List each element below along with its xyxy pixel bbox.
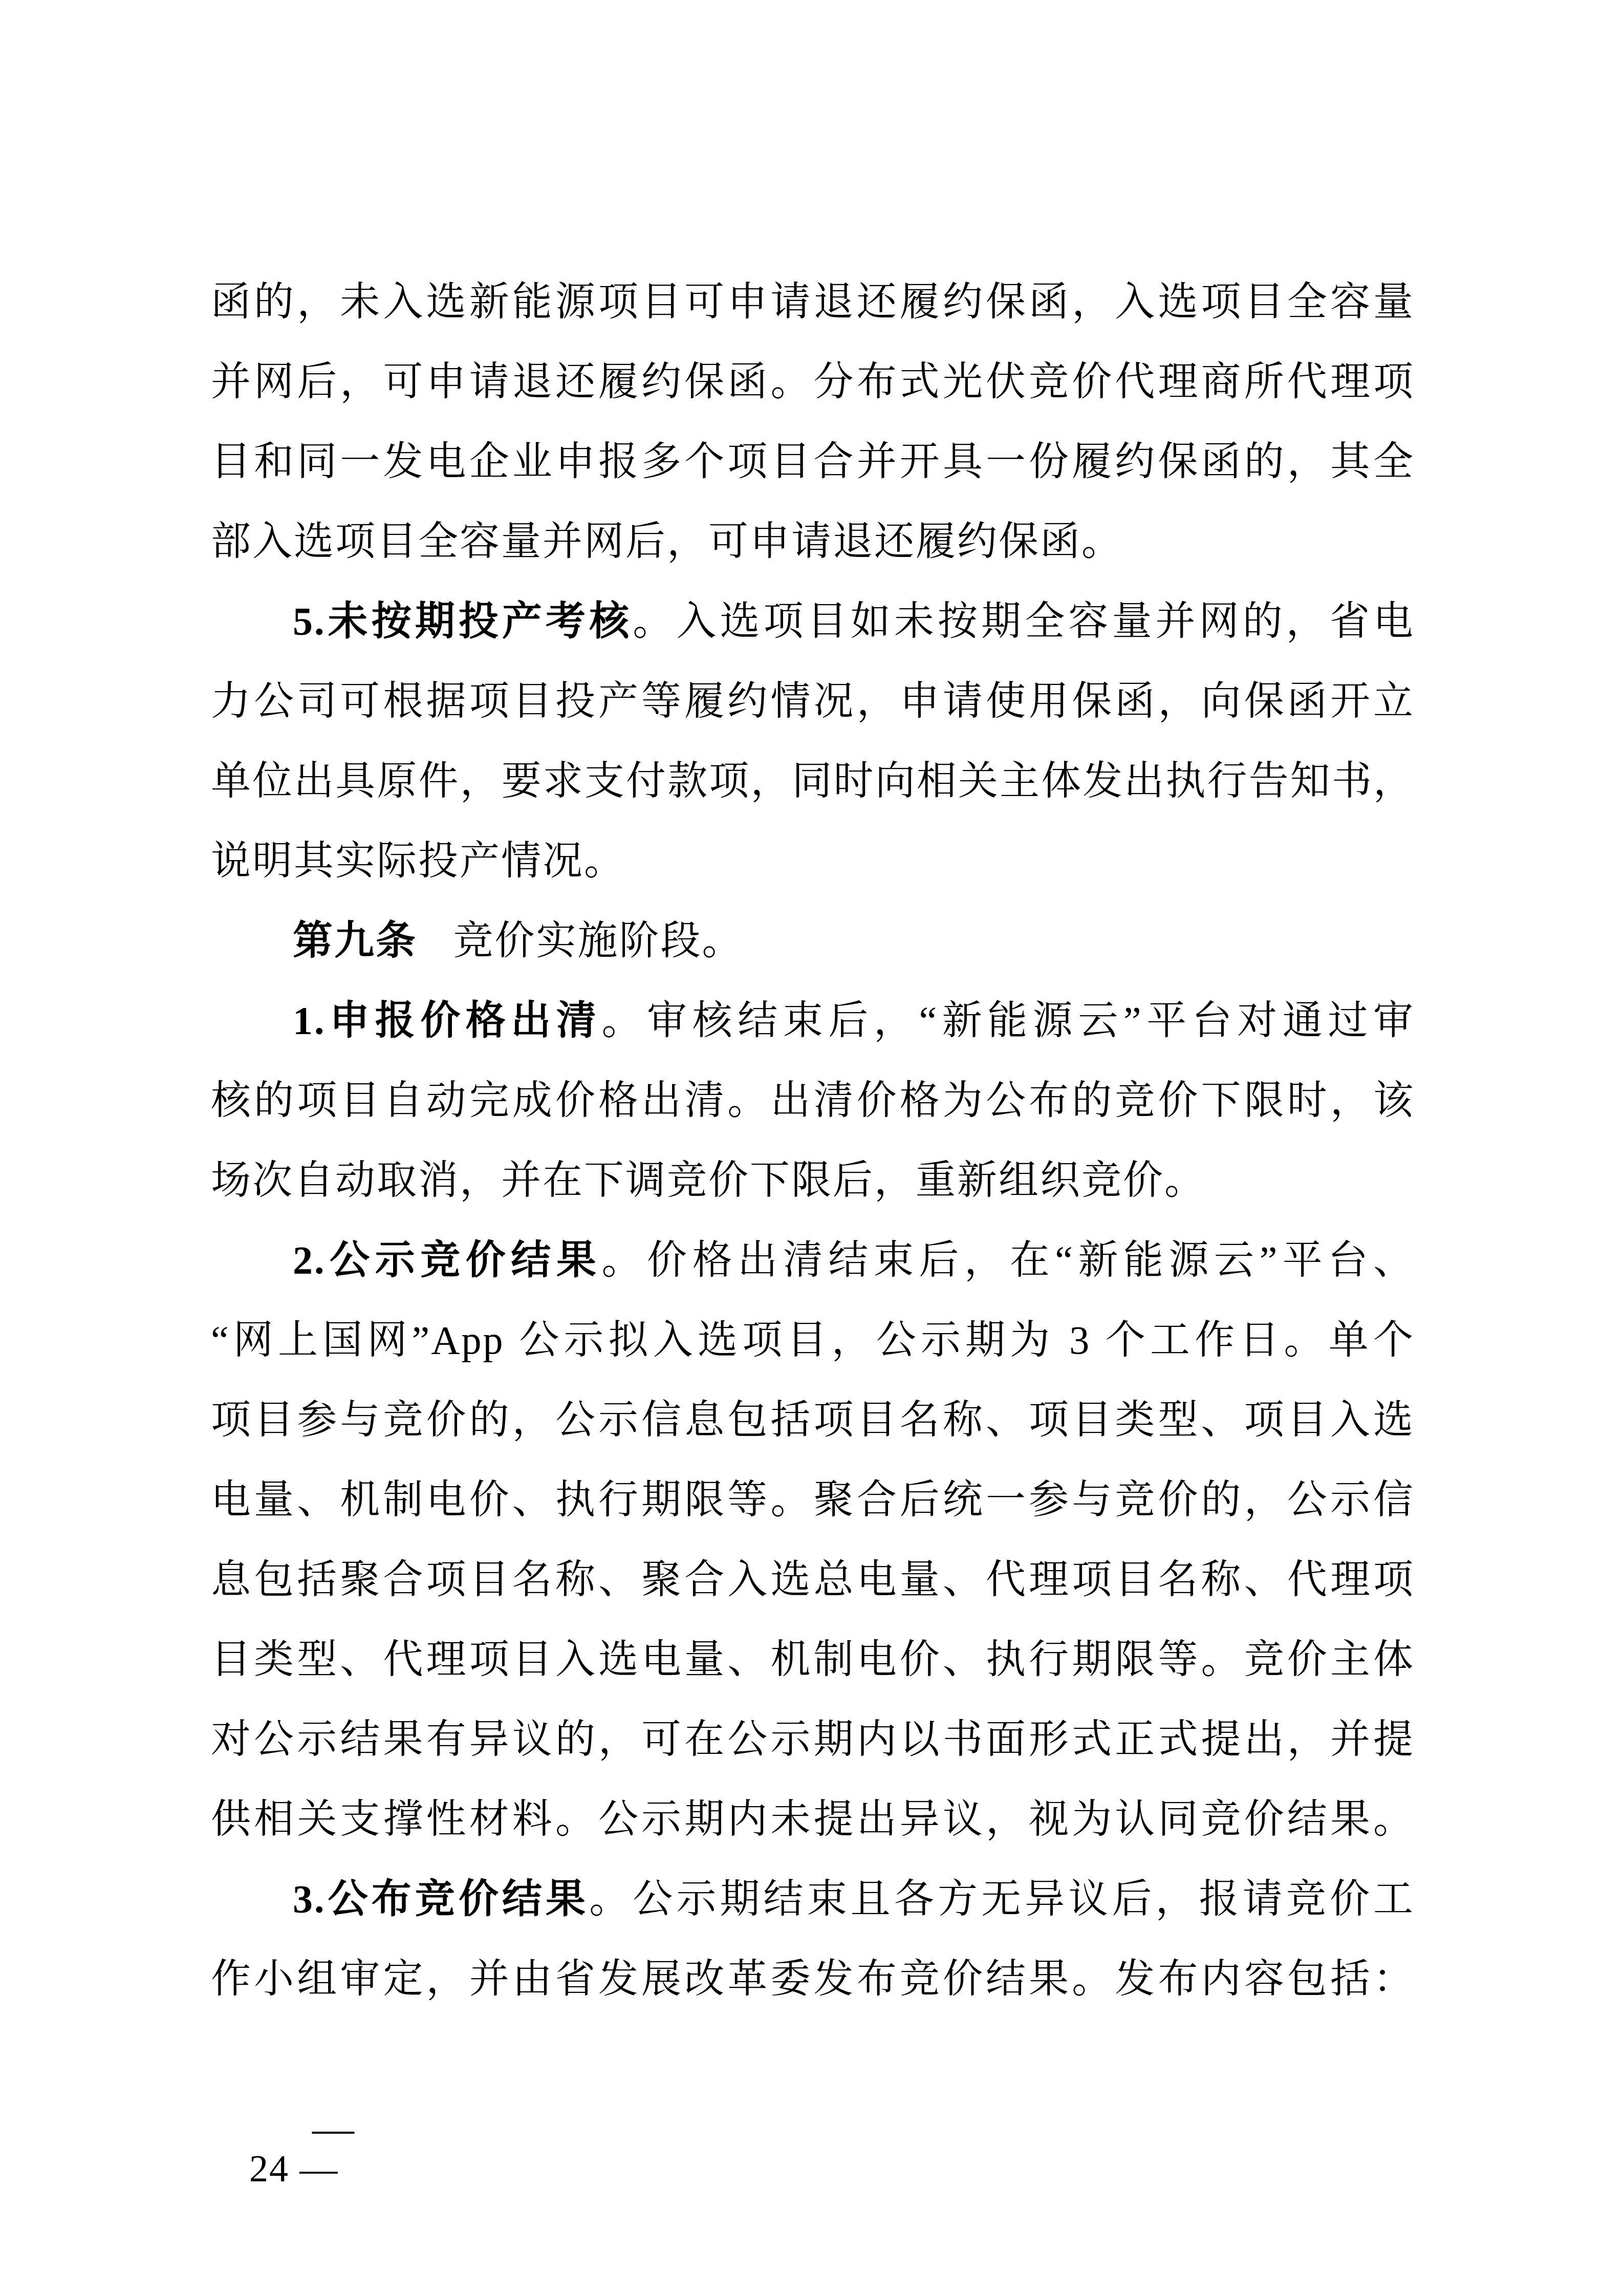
text-run: 函的，未入选新能源项目可申请退还履约保函，入选项目全容量 — [211, 280, 1415, 324]
bold-run: 1.申报价格出清 — [293, 998, 602, 1043]
text-line: 场次自动取消，并在下调竞价下限后，重新组织竞价。 — [211, 1141, 1415, 1220]
text-run: 供相关支撑性材料。公示期内未提出异议，视为认同竞价结果。 — [211, 1797, 1415, 1841]
text-run: 目类型、代理项目入选电量、机制电价、执行期限等。竞价主体 — [211, 1637, 1415, 1682]
text-run: 项目参与竞价的，公示信息包括项目名称、项目类型、项目入选 — [211, 1398, 1415, 1442]
text-run: 场次自动取消，并在下调竞价下限后，重新组织竞价。 — [211, 1158, 1206, 1203]
text-line: 目类型、代理项目入选电量、机制电价、执行期限等。竞价主体 — [211, 1620, 1415, 1700]
text-line: 作小组审定，并由省发展改革委发布竞价结果。发布内容包括： — [211, 1939, 1415, 2019]
text-run: 。价格出清结束后，在“新能源云”平台、 — [602, 1238, 1415, 1282]
text-run: “网上国网”App 公示拟入选项目，公示期为 3 个工作日。单个 — [211, 1318, 1415, 1362]
article-heading-line: 第九条 竞价实施阶段。 — [211, 901, 1415, 981]
article-number: 第九条 — [293, 918, 417, 963]
document-page: 函的，未入选新能源项目可申请退还履约保函，入选项目全容量 并网后，可申请退还履约… — [0, 0, 1624, 2296]
text-run: 息包括聚合项目名称、聚合入选总电量、代理项目名称、代理项 — [211, 1557, 1415, 1602]
text-line: 电量、机制电价、执行期限等。聚合后统一参与竞价的，公示信 — [211, 1460, 1415, 1540]
text-line: 供相关支撑性材料。公示期内未提出异议，视为认同竞价结果。 — [211, 1779, 1415, 1859]
text-run: 对公示结果有异议的，可在公示期内以书面形式正式提出，并提 — [211, 1717, 1415, 1762]
text-line: 函的，未入选新能源项目可申请退还履约保函，入选项目全容量 — [211, 262, 1415, 342]
text-line: 核的项目自动完成价格出清。出清价格为公布的竞价下限时，该 — [211, 1061, 1415, 1141]
page-number: 24 — — [249, 2148, 339, 2190]
text-run: 核的项目自动完成价格出清。出清价格为公布的竞价下限时，该 — [211, 1078, 1415, 1123]
text-run: 力公司可根据项目投产等履约情况，申请使用保函，向保函开立 — [211, 679, 1415, 723]
text-run: 竞价实施阶段。 — [442, 918, 744, 963]
text-line: 3.公布竞价结果。公示期结束且各方无异议后，报请竞价工 — [211, 1859, 1415, 1939]
text-line: 说明其实际投产情况。 — [211, 821, 1415, 901]
text-run: 说明其实际投产情况。 — [211, 839, 625, 883]
text-line: 1.申报价格出清。审核结束后，“新能源云”平台对通过审 — [211, 981, 1415, 1061]
text-line: 力公司可根据项目投产等履约情况，申请使用保函，向保函开立 — [211, 661, 1415, 741]
text-run: 。审核结束后，“新能源云”平台对通过审 — [602, 998, 1415, 1043]
text-run: 目和同一发电企业申报多个项目合并开具一份履约保函的，其全 — [211, 439, 1415, 484]
text-run: 。入选项目如未按期全容量并网的，省电 — [633, 599, 1415, 643]
text-run: 并网后，可申请退还履约保函。分布式光伏竞价代理商所代理项 — [211, 359, 1415, 404]
text-run: 作小组审定，并由省发展改革委发布竞价结果。发布内容包括： — [211, 1957, 1415, 2001]
text-line: 对公示结果有异议的，可在公示期内以书面形式正式提出，并提 — [211, 1700, 1415, 1779]
bold-run: 3.公布竞价结果 — [293, 1877, 589, 1921]
text-line: 息包括聚合项目名称、聚合入选总电量、代理项目名称、代理项 — [211, 1540, 1415, 1620]
text-line: 5.未按期投产考核。入选项目如未按期全容量并网的，省电 — [211, 582, 1415, 661]
text-line: 部入选项目全容量并网后，可申请退还履约保函。 — [211, 502, 1415, 582]
text-line: “网上国网”App 公示拟入选项目，公示期为 3 个工作日。单个 — [211, 1300, 1415, 1380]
text-line: 单位出具原件，要求支付款项，同时向相关主体发出执行告知书， — [211, 741, 1415, 821]
text-run: 部入选项目全容量并网后，可申请退还履约保函。 — [211, 519, 1123, 564]
text-line: 并网后，可申请退还履约保函。分布式光伏竞价代理商所代理项 — [211, 342, 1415, 422]
text-line: 项目参与竞价的，公示信息包括项目名称、项目类型、项目入选 — [211, 1380, 1415, 1460]
text-line: 2.公示竞价结果。价格出清结束后，在“新能源云”平台、 — [211, 1220, 1415, 1300]
text-run: 。公示期结束且各方无异议后，报请竞价工 — [589, 1877, 1415, 1921]
text-line: 目和同一发电企业申报多个项目合并开具一份履约保函的，其全 — [211, 422, 1415, 502]
text-run: 电量、机制电价、执行期限等。聚合后统一参与竞价的，公示信 — [211, 1477, 1415, 1522]
bold-run: 2.公示竞价结果 — [293, 1238, 602, 1282]
footer-dash: — — [312, 2108, 354, 2150]
body-text: 函的，未入选新能源项目可申请退还履约保函，入选项目全容量 并网后，可申请退还履约… — [211, 262, 1415, 2019]
bold-run: 5.未按期投产考核 — [293, 599, 633, 643]
text-run: 单位出具原件，要求支付款项，同时向相关主体发出执行告知书， — [211, 759, 1415, 803]
